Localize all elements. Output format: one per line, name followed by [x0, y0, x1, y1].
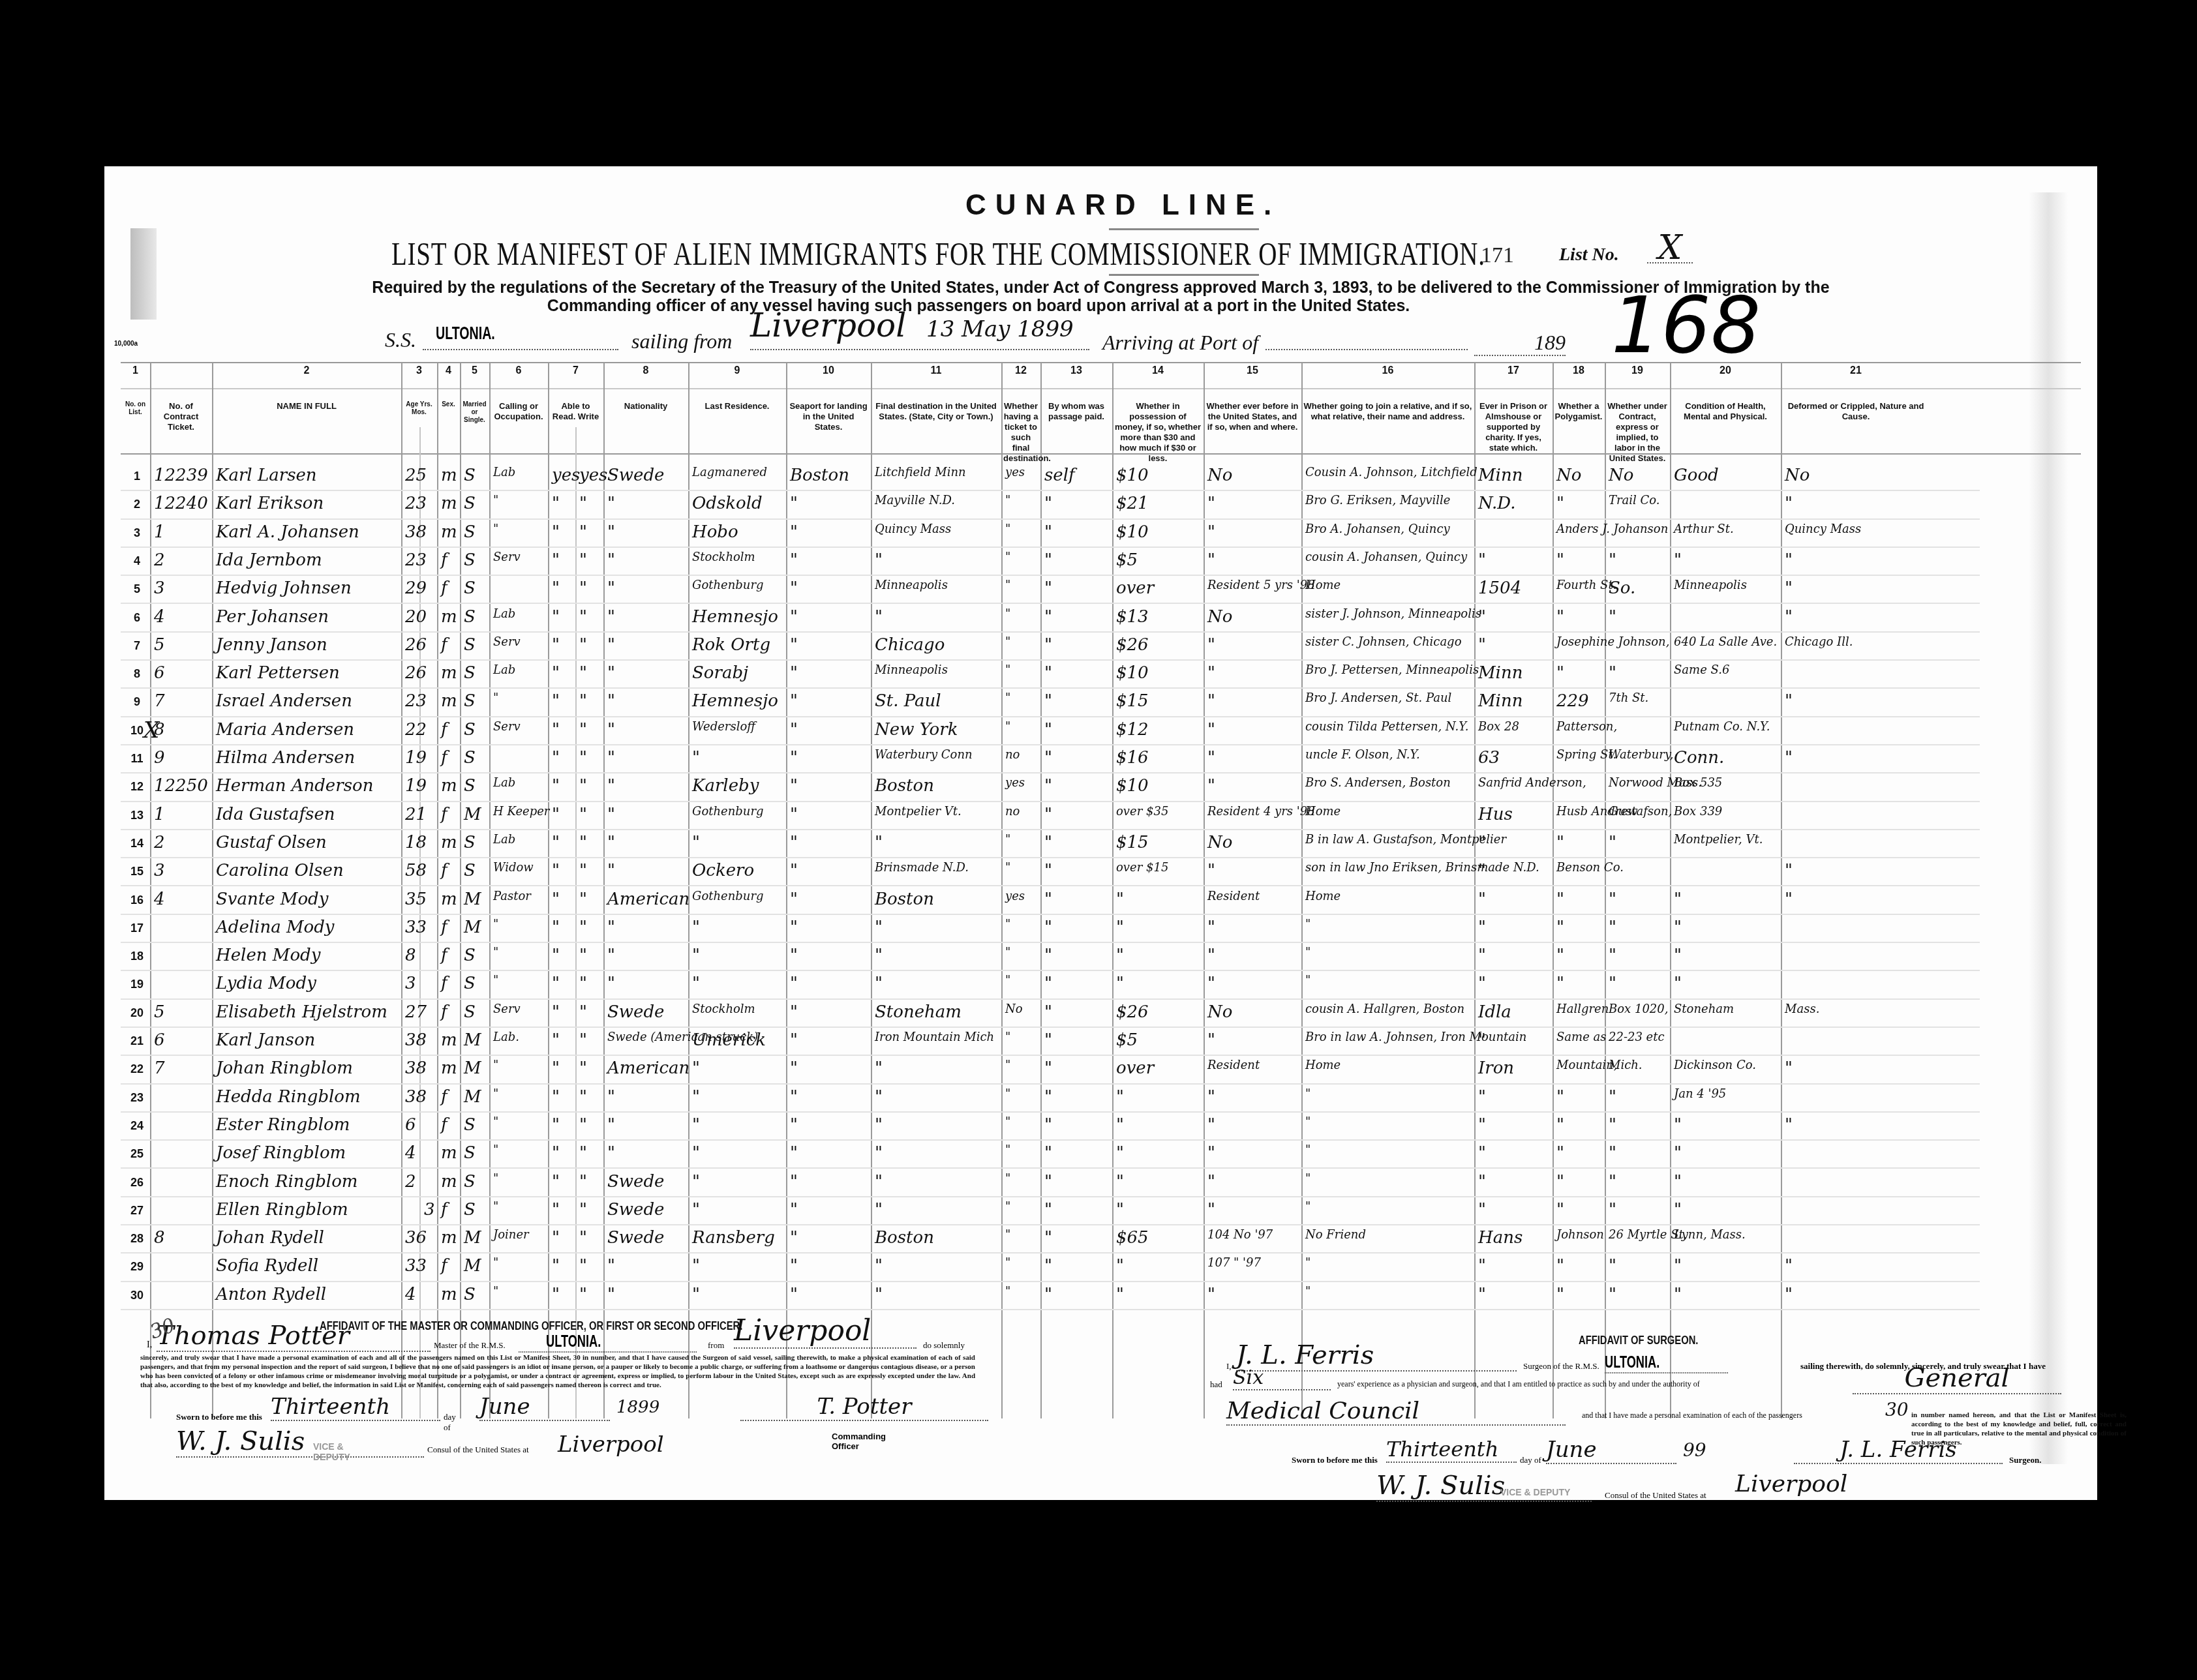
cell-poly: Spring St. [1556, 748, 1616, 762]
cell-port: " [790, 974, 798, 993]
cell-ms: M [464, 918, 481, 937]
cell-ms: S [464, 1115, 476, 1135]
cell-contract: " [1609, 1143, 1616, 1163]
surgeon-sworn-month[interactable]: June [1546, 1437, 1676, 1464]
master-sworn-year[interactable]: 1899 [616, 1398, 659, 1417]
cell-age: 58 [405, 861, 427, 880]
table-row[interactable]: 31Karl A. Johansen38mS""""Hobo"Quincy Ma… [104, 520, 1996, 548]
cell-ms: M [464, 1256, 481, 1276]
cell-ms: S [464, 1143, 476, 1163]
cell-contract: Gustafson, [1609, 805, 1672, 818]
cell-relative: " [1305, 1087, 1311, 1101]
cell-before: " [1207, 720, 1215, 740]
row-number: 27 [124, 1204, 150, 1218]
table-row[interactable]: 119Hilma Andersen19fS"""""Waterbury Conn… [104, 745, 1996, 773]
had-label: had [1210, 1379, 1222, 1390]
cell-money: over [1116, 578, 1154, 598]
table-row[interactable]: 164Svante Mody35mMPastor""AmericanGothen… [104, 887, 1996, 915]
cell-port: " [790, 1172, 798, 1192]
cell-nat: Swede [607, 1200, 664, 1220]
cell-prison: Minn [1478, 466, 1523, 485]
column-number: 18 [1553, 365, 1605, 377]
cell-nat: " [607, 776, 615, 796]
column-header: Whether in possession of money, if so, w… [1114, 401, 1202, 464]
cell-paid: " [1044, 776, 1052, 796]
table-row[interactable]: 23Hedda Ringblom38fM"""""""""""""""Jan 4… [104, 1085, 1996, 1113]
cell-ms: M [464, 1087, 481, 1107]
cell-before: " [1207, 1087, 1215, 1107]
cell-deformed: " [1785, 1285, 1793, 1304]
table-row[interactable]: 131Ida Gustafsen21fMH Keeper"""Gothenbur… [104, 802, 1996, 830]
cell-before: " [1207, 1030, 1215, 1050]
cell-money: " [1116, 1200, 1124, 1220]
cell-deformed: " [1785, 1058, 1793, 1078]
cell-prison: Minn [1478, 663, 1523, 683]
cell-paid: " [1044, 1002, 1052, 1022]
cell-ms: M [464, 1228, 481, 1248]
cell-money: " [1116, 1172, 1124, 1192]
cell-port: " [790, 1002, 798, 1022]
surgeon-consul-city[interactable]: Liverpool [1735, 1471, 1847, 1497]
cell-ticket: 8 [154, 720, 165, 740]
cell-health: Arthur St. [1674, 522, 1734, 536]
cell-port: " [790, 1143, 798, 1163]
cell-ticket: 1 [154, 805, 165, 824]
row-number: 21 [124, 1034, 150, 1048]
cell-read: " [552, 1285, 560, 1304]
ship-name: ULTONIA. [436, 323, 495, 344]
cell-sex: m [441, 466, 457, 485]
cell-prison: " [1478, 890, 1486, 909]
cell-paid: " [1044, 578, 1052, 598]
cell-relative: " [1305, 1285, 1311, 1298]
cell-port: " [790, 1058, 798, 1078]
cell-ms: S [464, 974, 476, 993]
table-row[interactable]: 24Ester Ringblom6fS""""""""""""""""" [104, 1113, 1996, 1141]
cell-dest: " [875, 1087, 883, 1107]
cell-write: " [579, 635, 587, 655]
row-number: 9 [124, 695, 150, 709]
master-consul-label: Consul of the United States at [427, 1445, 529, 1455]
cell-prison: Minn [1478, 691, 1523, 711]
cell-write: " [579, 776, 587, 796]
cell-age: 23 [405, 691, 427, 711]
cell-relative: Bro in law A. Johnsen, Iron Mountain [1305, 1030, 1526, 1044]
cell-prison: " [1478, 550, 1486, 570]
row-number: 24 [124, 1119, 150, 1133]
cell-before: " [1207, 1115, 1215, 1135]
officer-signature[interactable]: T. Potter [740, 1394, 988, 1421]
cell-read: " [552, 1172, 560, 1192]
list-no-value: X [1647, 228, 1693, 263]
cell-dest: " [875, 946, 883, 965]
cell-poly: 229 [1556, 691, 1589, 711]
column-number: 15 [1204, 365, 1301, 377]
cell-port: " [790, 578, 798, 598]
cell-ticket: 5 [154, 635, 165, 655]
cell-contract: Trail Co. [1609, 494, 1660, 507]
cell-name: Ester Ringblom [216, 1115, 350, 1135]
cell-ms: M [464, 1030, 481, 1050]
cell-health: Minneapolis [1674, 578, 1747, 592]
table-row[interactable]: 216Karl Janson38mMLab.""Swede (American … [104, 1028, 1996, 1056]
paper-fold-shadow [2029, 192, 2068, 1464]
cell-nat: American [607, 890, 689, 909]
cell-ticket: 8 [154, 1228, 165, 1248]
column-number: 3 [401, 365, 437, 377]
master-sworn-month[interactable]: June [479, 1394, 610, 1421]
cell-health: " [1674, 1285, 1682, 1304]
cell-sex: f [441, 1002, 447, 1022]
cell-before: " [1207, 635, 1215, 655]
cell-relative: " [1305, 946, 1311, 959]
cell-dest: Chicago [875, 635, 945, 655]
cell-port: " [790, 1030, 798, 1050]
table-row[interactable]: 227Johan Ringblom38mM"""American"""""ove… [104, 1056, 1996, 1084]
cell-prison: " [1478, 974, 1486, 993]
column-number: 19 [1605, 365, 1670, 377]
cell-prison: " [1478, 861, 1486, 880]
table-row[interactable]: 86Karl Pettersen26mSLab"""Sorabj"Minneap… [104, 661, 1996, 689]
cell-name: Hedvig Johnsen [216, 578, 352, 598]
cell-poly: " [1556, 1285, 1564, 1304]
master-from-port[interactable]: Liverpool [734, 1314, 917, 1349]
cell-ticket-dest: " [1005, 1228, 1010, 1242]
cell-ticket-dest: " [1005, 578, 1010, 592]
cell-money: $12 [1116, 720, 1149, 740]
cell-ticket-dest: " [1005, 1143, 1010, 1157]
master-name[interactable]: Thomas Potter [157, 1321, 431, 1352]
cell-nat: " [607, 833, 615, 852]
cell-ticket: 5 [154, 1002, 165, 1022]
cell-ms: S [464, 522, 476, 542]
cell-sex: f [441, 720, 447, 740]
surgeon-sworn-label: Sworn to before me this [1292, 1455, 1378, 1465]
arriving-port-field [1265, 326, 1468, 350]
sailing-date: 13 May 1899 [926, 316, 1074, 342]
cell-ticket: 9 [154, 748, 165, 768]
cell-contract: " [1609, 1115, 1616, 1135]
cell-occ: " [493, 1087, 498, 1101]
cell-prison: " [1478, 1030, 1486, 1050]
row-number: 23 [124, 1091, 150, 1105]
cell-age: 35 [405, 890, 427, 909]
cell-ticket-dest: " [1005, 1256, 1010, 1270]
surgeon-sworn-year[interactable]: 99 [1683, 1439, 1706, 1461]
cell-ms: M [464, 805, 481, 824]
cell-read: " [552, 1115, 560, 1135]
cell-paid: " [1044, 1285, 1052, 1304]
cell-health: Box 339 [1674, 805, 1722, 818]
column-number: 8 [603, 365, 688, 377]
cell-read: " [552, 890, 560, 909]
table-row[interactable]: 288Johan Rydell36mMJoiner""SwedeRansberg… [104, 1225, 1996, 1253]
surgeon-affidavit-title: AFFIDAVIT OF SURGEON. [1579, 1334, 1698, 1347]
table-row[interactable]: 10X8Maria Andersen22fSServ"""Wedersloff"… [104, 717, 1996, 745]
cell-nat: " [607, 578, 615, 598]
cell-before: Resident [1207, 1058, 1260, 1072]
cell-sex: m [441, 1143, 457, 1163]
cell-deformed: No [1785, 466, 1810, 485]
cell-sex: f [441, 918, 447, 937]
cell-read: " [552, 607, 560, 627]
cell-sex: m [441, 494, 457, 513]
cell-money: $16 [1116, 748, 1149, 768]
cell-port: " [790, 833, 798, 852]
cell-money: " [1116, 974, 1124, 993]
cell-relative: Home [1305, 578, 1341, 592]
cell-relative: Bro S. Andersen, Boston [1305, 776, 1451, 790]
cell-port: " [790, 946, 798, 965]
cell-read: " [552, 1256, 560, 1276]
cell-age: 4 [405, 1143, 416, 1163]
cell-nat: " [607, 720, 615, 740]
authority-2[interactable]: Medical Council [1226, 1398, 1566, 1426]
surgeon-day-of-label: day of [1520, 1455, 1541, 1465]
table-row[interactable]: 26Enoch Ringblom2mS"""Swede"""""""""""" [104, 1169, 1996, 1197]
cell-age: 23 [405, 550, 427, 570]
cell-before: " [1207, 776, 1215, 796]
cell-read: " [552, 748, 560, 768]
cell-write: " [579, 691, 587, 711]
cell-relative: " [1305, 1172, 1311, 1186]
cell-prison: " [1478, 946, 1486, 965]
cell-age: 38 [405, 1087, 427, 1107]
cell-paid: " [1044, 550, 1052, 570]
cell-age: 19 [405, 748, 427, 768]
cell-ticket-dest: yes [1005, 466, 1025, 479]
table-row[interactable]: 18Helen Mody8fS"""""""""""""""" [104, 943, 1996, 971]
table-row[interactable]: 75Jenny Janson26fSServ"""Rok Ortg"Chicag… [104, 633, 1996, 661]
surgeon-signature[interactable]: J. L. Ferris [1794, 1437, 2003, 1464]
cell-res: Rok Ortg [692, 635, 770, 655]
cell-sex: m [441, 1172, 457, 1192]
row-number: 13 [124, 809, 150, 822]
cell-health: Montpelier, Vt. [1674, 833, 1763, 847]
column-number: 13 [1040, 365, 1112, 377]
cell-occ: " [493, 1172, 498, 1186]
cell-paid: " [1044, 607, 1052, 627]
cell-ticket-dest: " [1005, 522, 1010, 536]
cell-name: Gustaf Olsen [216, 833, 327, 852]
cell-before: No [1207, 466, 1232, 485]
cell-before: " [1207, 1172, 1215, 1192]
surgeon-i-label: I, [1226, 1361, 1232, 1372]
master-consul-stamp: VICE & DEPUTY [313, 1441, 350, 1462]
cell-nat: " [607, 663, 615, 683]
table-row[interactable]: 112239Karl Larsen25mSLabyesyesSwedeLagma… [104, 463, 1996, 491]
cell-occ: " [493, 974, 498, 987]
surgeon-count[interactable]: 30 [1885, 1399, 1909, 1420]
cell-dest: Brinsmade N.D. [875, 861, 969, 875]
cell-paid: " [1044, 805, 1052, 824]
master-sworn-label: Sworn to before me this [176, 1412, 262, 1422]
cell-write: " [579, 720, 587, 740]
cell-money: $26 [1116, 1002, 1149, 1022]
cell-ms: S [464, 607, 476, 627]
cell-occ: Serv [493, 720, 521, 734]
cell-before: " [1207, 1285, 1215, 1304]
cell-ms: S [464, 663, 476, 683]
cell-read: " [552, 550, 560, 570]
row-number: 3 [124, 526, 150, 540]
cell-before: 107 " '97 [1207, 1256, 1261, 1270]
cell-health: Conn. [1674, 748, 1724, 768]
row-number: 22 [124, 1062, 150, 1076]
cell-age: 29 [405, 578, 427, 598]
master-from-label: from [708, 1340, 724, 1351]
cell-relative: " [1305, 1200, 1311, 1214]
cell-dest: " [875, 974, 883, 993]
cell-money: " [1116, 918, 1124, 937]
cell-dest: " [875, 918, 883, 937]
cell-deformed: " [1785, 861, 1793, 880]
table-row[interactable]: 19Lydia Mody3fS"""""""""""""""" [104, 971, 1996, 999]
cell-prison: " [1478, 833, 1486, 852]
cell-sex: f [441, 946, 447, 965]
cell-write: " [579, 1256, 587, 1276]
cell-sex: f [441, 1256, 447, 1276]
table-row[interactable]: 42Ida Jernbom23fSServ"""Stockholm""""$5"… [104, 548, 1996, 576]
cell-money: $5 [1116, 1030, 1138, 1050]
master-consul-signature[interactable]: W. J. Sulis [176, 1426, 424, 1458]
cell-res: " [692, 1285, 700, 1304]
cell-age: 38 [405, 522, 427, 542]
cell-read: " [552, 1002, 560, 1022]
cell-dest: " [875, 1143, 883, 1163]
cell-read: " [552, 494, 560, 513]
cell-sex: f [441, 748, 447, 768]
cell-relative: cousin A. Johansen, Quincy [1305, 550, 1467, 564]
row-number: 2 [124, 498, 150, 511]
cell-age: 23 [405, 494, 427, 513]
cell-write: " [579, 1030, 587, 1050]
master-sworn-day[interactable]: Thirteenth [271, 1394, 440, 1421]
cell-age: 26 [405, 635, 427, 655]
cell-deformed: " [1785, 550, 1793, 570]
cell-nat: " [607, 861, 615, 880]
cell-contract: " [1609, 833, 1616, 852]
table-row[interactable]: 64Per Johansen20mSLab"""Hemnesjo""""$13N… [104, 605, 1996, 633]
master-affidavit-body: sincerely, and truly swear that I have m… [140, 1353, 975, 1390]
table-row[interactable]: 142Gustaf Olsen18mSLab""""""""$15NoB in … [104, 830, 1996, 858]
cell-health: " [1674, 1115, 1682, 1135]
cell-name: Adelina Mody [216, 918, 335, 937]
table-row[interactable]: 53Hedvig Johnsen29fS"""Gothenburg"Minnea… [104, 576, 1996, 604]
cell-res: " [692, 1143, 700, 1163]
row-number: 28 [124, 1232, 150, 1246]
master-consul-city[interactable]: Liverpool [558, 1432, 664, 1458]
cell-port: " [790, 494, 798, 513]
cell-res: " [692, 1256, 700, 1276]
cell-paid: " [1044, 1200, 1052, 1220]
cell-poly: " [1556, 890, 1564, 909]
cell-res: Stockholm [692, 1002, 755, 1016]
cell-age: 4 [405, 1285, 416, 1304]
table-row[interactable]: 205Elisabeth Hjelstrom27fSServ""SwedeSto… [104, 1000, 1996, 1028]
cell-prison: N.D. [1478, 494, 1516, 513]
cell-write: " [579, 1115, 587, 1135]
cell-age: 3 [405, 974, 416, 993]
title-rule-bottom [1109, 274, 1259, 276]
cell-money: $65 [1116, 1228, 1149, 1248]
column-number: 2 [212, 365, 401, 377]
table-row[interactable]: 17Adelina Mody33fM"""""""""""""""" [104, 915, 1996, 943]
cell-port: " [790, 550, 798, 570]
table-row[interactable]: 212240Karl Erikson23mS""""Odskold"Mayvil… [104, 491, 1996, 519]
cell-paid: " [1044, 720, 1052, 740]
table-row[interactable]: 27Ellen Ringblom3fS"""Swede"""""""""""" [104, 1197, 1996, 1225]
cell-dest: Litchfield Minn [875, 466, 966, 479]
authority-1[interactable]: General [1853, 1363, 2061, 1394]
surgeon-title: Surgeon. [2009, 1455, 2041, 1465]
column-header: Calling or Occupation. [491, 401, 546, 422]
cell-ticket: 4 [154, 890, 165, 909]
cell-port: " [790, 748, 798, 768]
cell-age: 38 [405, 1030, 427, 1050]
cell-ms: M [464, 1058, 481, 1078]
cell-relative: uncle F. Olson, N.Y. [1305, 748, 1420, 762]
cell-ticket: 7 [154, 691, 165, 711]
table-row[interactable]: 25Josef Ringblom4mS"""""""""""""""" [104, 1141, 1996, 1169]
cell-deformed: Chicago Ill. [1785, 635, 1853, 649]
column-header: Whether ever before in the United States… [1205, 401, 1299, 432]
cell-dest: Iron Mountain Mich [875, 1030, 994, 1044]
cell-ticket-dest: no [1005, 748, 1020, 762]
column-header: By whom was passage paid. [1042, 401, 1110, 422]
cell-read: " [552, 861, 560, 880]
table-row[interactable]: 30Anton Rydell4mS""""""""""""""""" [104, 1282, 1996, 1310]
cell-port: " [790, 607, 798, 627]
cell-ticket-dest: yes [1005, 776, 1025, 790]
surgeon-sworn-day[interactable]: Thirteenth [1386, 1437, 1517, 1463]
table-row[interactable]: 153Carolina Olsen58fSWidow"""Ockero"Brin… [104, 858, 1996, 886]
cell-before: " [1207, 550, 1215, 570]
cell-paid: " [1044, 1172, 1052, 1192]
sailing-from-label: sailing from [631, 329, 732, 353]
cell-poly: " [1556, 494, 1564, 513]
cell-relative: Bro G. Eriksen, Mayville [1305, 494, 1450, 507]
column-number: 5 [460, 365, 489, 377]
surgeon-years[interactable]: Six [1233, 1366, 1331, 1390]
column-header: Ever in Prison or Almshouse or supported… [1476, 401, 1551, 453]
cell-nat: Swede [607, 1002, 664, 1022]
cell-age: 20 [405, 607, 427, 627]
cell-before: " [1207, 974, 1215, 993]
sailing-from-port: Liverpool [750, 307, 906, 344]
cell-age: 2 [405, 1172, 416, 1192]
cell-ticket-dest: " [1005, 946, 1010, 959]
cell-occ: " [493, 1200, 498, 1214]
header-rule-1 [121, 362, 2081, 363]
table-row[interactable]: 29Sofia Rydell33fM""""""""""107 " '97"""… [104, 1253, 1996, 1282]
cell-read: " [552, 1058, 560, 1078]
cell-write: " [579, 1172, 587, 1192]
cell-ms: S [464, 466, 476, 485]
cell-poly: Josephine Johnson, [1556, 635, 1669, 649]
row-number: 7 [124, 639, 150, 653]
cell-occ: Lab [493, 776, 515, 790]
cell-money: $26 [1116, 635, 1149, 655]
cell-ms: S [464, 550, 476, 570]
cell-res: Odskold [692, 494, 763, 513]
cell-occ: Widow [493, 861, 534, 875]
cell-prison: " [1478, 1285, 1486, 1304]
table-row[interactable]: 97Israel Andersen23mS""""Hemnesjo"St. Pa… [104, 689, 1996, 717]
table-row[interactable]: 1212250Herman Anderson19mSLab"""Karleby"… [104, 773, 1996, 802]
cell-health: " [1674, 1256, 1682, 1276]
column-number: 4 [437, 365, 460, 377]
